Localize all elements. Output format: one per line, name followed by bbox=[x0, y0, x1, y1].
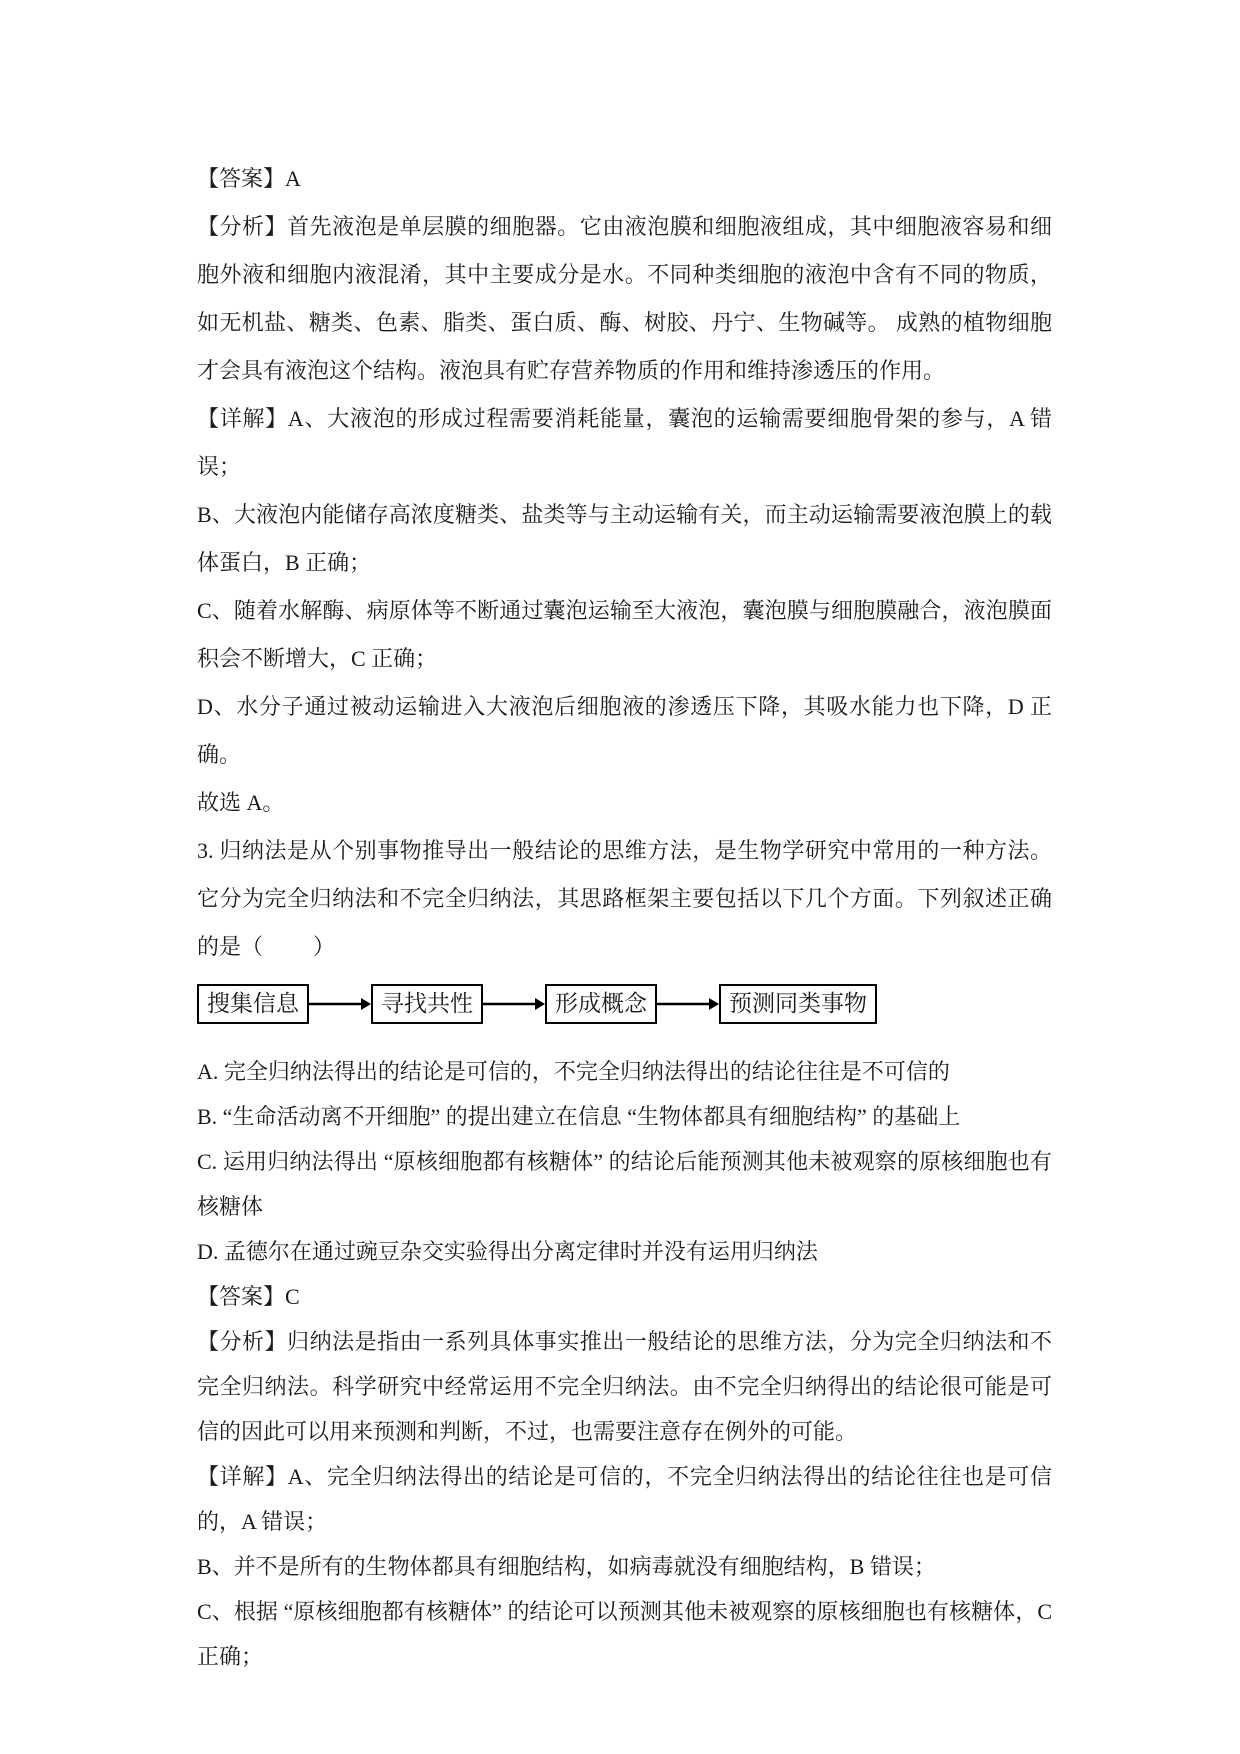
q2-answer-value: A bbox=[285, 166, 301, 191]
q2-detail-paragraph-d: D、水分子通过被动运输进入大液泡后细胞液的渗透压下降，其吸水能力也下降，D 正确… bbox=[197, 683, 1052, 779]
q2-detail-paragraph-b: B、大液泡内能储存高浓度糖类、盐类等与主动运输有关，而主动运输需要液泡膜上的载体… bbox=[197, 491, 1052, 587]
q3-answer-value: C bbox=[285, 1284, 300, 1309]
flow-arrow-icon bbox=[483, 996, 545, 1012]
q2-analysis-text: 首先液泡是单层膜的细胞器。它由液泡膜和细胞液组成，其中细胞液容易和细胞外液和细胞… bbox=[197, 214, 1052, 383]
q3-detail-item-c: C、根据 “原核细胞都有核糖体” 的结论可以预测其他未被观察的原核细胞也有核糖体… bbox=[197, 1599, 1052, 1669]
q3-detail-paragraph-b: B、并不是所有的生物体都具有细胞结构，如病毒就没有细胞结构，B 错误； bbox=[197, 1544, 1052, 1589]
q3-option-b: B. “生命活动离不开细胞” 的提出建立在信息 “生物体都具有细胞结构” 的基础… bbox=[197, 1094, 1052, 1139]
q3-detail-label: 【详解】 bbox=[197, 1464, 288, 1489]
q3-option-d: D. 孟德尔在通过豌豆杂交实验得出分离定律时并没有运用归纳法 bbox=[197, 1229, 1052, 1274]
q2-detail-item-d: D、水分子通过被动运输进入大液泡后细胞液的渗透压下降，其吸水能力也下降，D 正确… bbox=[197, 694, 1052, 767]
document-page: 【答案】A 【分析】首先液泡是单层膜的细胞器。它由液泡膜和细胞液组成，其中细胞液… bbox=[0, 0, 1240, 1754]
q2-conclusion-text: 故选 A。 bbox=[197, 790, 284, 815]
q3-stem-number: 3. bbox=[197, 838, 220, 863]
q2-answer-label: 【答案】 bbox=[197, 166, 285, 191]
induction-method-flowchart: 搜集信息 寻找共性 形成概念 预测同类事物 bbox=[197, 983, 1052, 1025]
q2-detail-item-c: C、随着水解酶、病原体等不断通过囊泡运输至大液泡，囊泡膜与细胞膜融合，液泡膜面积… bbox=[197, 598, 1052, 671]
q3-detail-item-a: A、完全归纳法得出的结论是可信的，不完全归纳法得出的结论往往也是可信的，A 错误… bbox=[197, 1464, 1052, 1534]
q3-analysis-label: 【分析】 bbox=[197, 1329, 287, 1354]
flowchart-step-3-box: 形成概念 bbox=[545, 984, 657, 1024]
flow-arrow-icon bbox=[309, 996, 371, 1012]
q3-answer-label: 【答案】 bbox=[197, 1284, 285, 1309]
q2-conclusion-line: 故选 A。 bbox=[197, 779, 1052, 827]
q2-answer-line: 【答案】A bbox=[197, 155, 1052, 203]
flowchart-step-4-box: 预测同类事物 bbox=[719, 984, 877, 1024]
q2-detail-item-a: A、大液泡的形成过程需要消耗能量，囊泡的运输需要细胞骨架的参与，A 错误； bbox=[197, 406, 1052, 479]
flow-arrow-icon bbox=[657, 996, 719, 1012]
q3-detail-item-b: B、并不是所有的生物体都具有细胞结构，如病毒就没有细胞结构，B 错误； bbox=[197, 1554, 936, 1579]
q3-option-a: A. 完全归纳法得出的结论是可信的，不完全归纳法得出的结论往往是不可信的 bbox=[197, 1049, 1052, 1094]
flowchart-step-2-box: 寻找共性 bbox=[371, 984, 483, 1024]
q2-analysis-label: 【分析】 bbox=[197, 214, 287, 239]
q3-stem-paragraph: 3. 归纳法是从个别事物推导出一般结论的思维方法，是生物学研究中常用的一种方法。… bbox=[197, 827, 1052, 971]
q2-analysis-paragraph: 【分析】首先液泡是单层膜的细胞器。它由液泡膜和细胞液组成，其中细胞液容易和细胞外… bbox=[197, 203, 1052, 395]
flowchart-step-1-box: 搜集信息 bbox=[197, 984, 309, 1024]
q3-detail-paragraph-a: 【详解】A、完全归纳法得出的结论是可信的，不完全归纳法得出的结论往往也是可信的，… bbox=[197, 1454, 1052, 1544]
q3-detail-paragraph-c: C、根据 “原核细胞都有核糖体” 的结论可以预测其他未被观察的原核细胞也有核糖体… bbox=[197, 1589, 1052, 1679]
q3-option-c: C. 运用归纳法得出 “原核细胞都有核糖体” 的结论后能预测其他未被观察的原核细… bbox=[197, 1139, 1052, 1229]
q3-answer-blank: （ ） bbox=[241, 934, 337, 959]
q2-detail-paragraph-c: C、随着水解酶、病原体等不断通过囊泡运输至大液泡，囊泡膜与细胞膜融合，液泡膜面积… bbox=[197, 587, 1052, 683]
q3-answer-line: 【答案】C bbox=[197, 1274, 1052, 1319]
q2-detail-label: 【详解】 bbox=[197, 406, 288, 431]
q2-detail-item-b: B、大液泡内能储存高浓度糖类、盐类等与主动运输有关，而主动运输需要液泡膜上的载体… bbox=[197, 502, 1052, 575]
q2-detail-paragraph-a: 【详解】A、大液泡的形成过程需要消耗能量，囊泡的运输需要细胞骨架的参与，A 错误… bbox=[197, 395, 1052, 491]
q3-analysis-text: 归纳法是指由一系列具体事实推出一般结论的思维方法，分为完全归纳法和不完全归纳法。… bbox=[197, 1329, 1052, 1444]
q3-analysis-paragraph: 【分析】归纳法是指由一系列具体事实推出一般结论的思维方法，分为完全归纳法和不完全… bbox=[197, 1319, 1052, 1454]
